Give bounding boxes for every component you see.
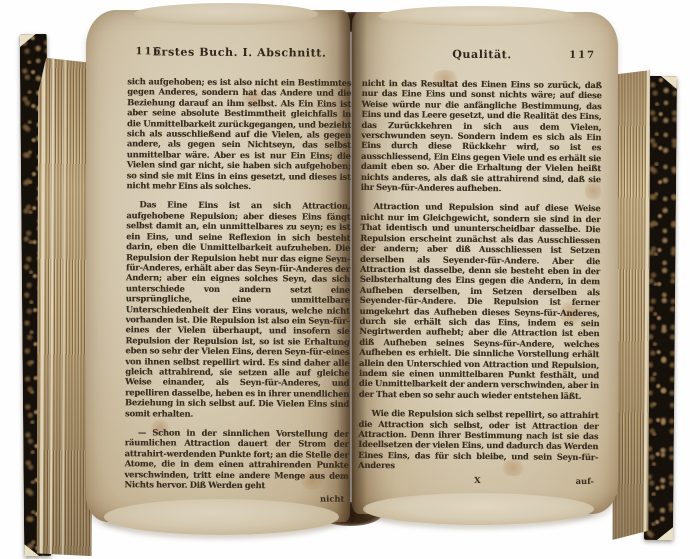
right-page-text: Qualität. 117 nicht in das Resultat des … [358, 47, 602, 485]
left-running-title: Erstes Buch. I. Abschnitt. [153, 45, 327, 59]
left-footline: nicht [124, 493, 348, 507]
paragraph: Das Eine Eins ist an sich Attraction, au… [125, 200, 351, 420]
left-page-number: 116 [135, 46, 162, 57]
right-page-number: 117 [569, 50, 596, 61]
leaf-edge [50, 58, 55, 556]
leaf-edge [62, 58, 67, 556]
paragraph: nicht in das Resultat des Einen Eins so … [361, 78, 602, 195]
paragraph: sich aufgehoben; es ist also nicht ein B… [127, 76, 352, 192]
vellum-corner-tip [20, 34, 36, 47]
right-running-title: Qualität. [452, 48, 512, 62]
left-running-head: 116 Erstes Buch. I. Abschnitt. [127, 45, 351, 63]
catchword: auf- [576, 476, 594, 486]
vellum-corner-tip [661, 76, 677, 89]
right-running-head: Qualität. 117 [362, 47, 602, 65]
left-page-text: 116 Erstes Buch. I. Abschnitt. sich aufg… [124, 45, 351, 491]
vellum-corner-tip [657, 527, 673, 540]
book-photo: 116 Erstes Buch. I. Abschnitt. sich aufg… [0, 0, 700, 559]
endpaper-leaf-edge [40, 58, 46, 556]
paragraph: Attraction und Repulsion sind auf diese … [359, 201, 601, 401]
remark-paragraph: — Schon in der sinnlichen Vorstellung de… [124, 427, 348, 491]
right-footline: X auf- [358, 473, 598, 487]
signature-mark: X [358, 473, 598, 485]
catchword: nicht [320, 494, 344, 504]
paragraph: Wie die Repulsion sich selbst repellirt,… [358, 408, 599, 473]
